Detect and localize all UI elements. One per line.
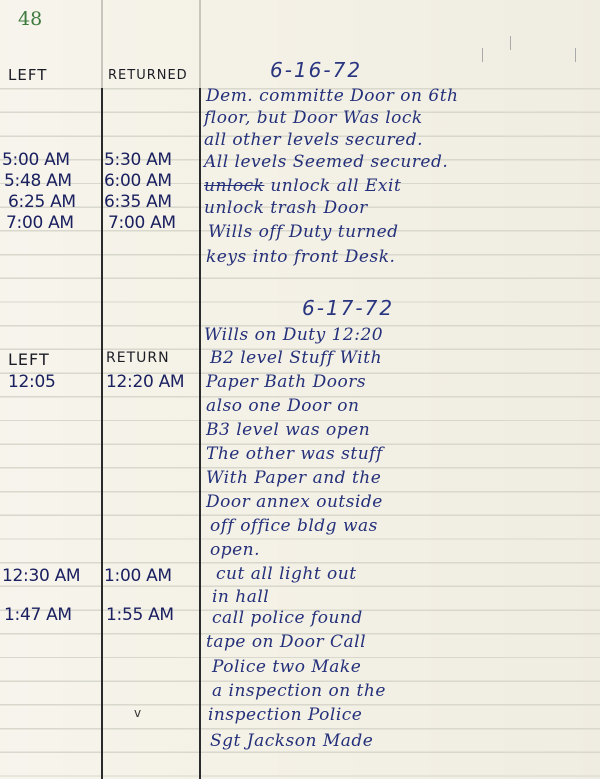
note-line: open. <box>210 540 260 560</box>
time-returned: 1:55 AM <box>106 605 174 625</box>
note-line: floor, but Door Was lock <box>204 108 423 128</box>
time-returned: 7:00 AM <box>108 213 176 233</box>
note-line: Wills off Duty turned <box>208 222 399 242</box>
time-returned: 6:00 AM <box>104 171 172 191</box>
time-left: 12:05 <box>8 372 56 392</box>
margin-mark: v <box>134 706 142 720</box>
paper-mark <box>575 48 576 62</box>
note-line: cut all light out <box>216 564 357 584</box>
entry-date: 6-16-72 <box>270 58 362 82</box>
note-line: inspection Police <box>208 705 362 725</box>
note-line: B2 level Stuff With <box>210 348 382 368</box>
entry-date: 6-17-72 <box>302 296 394 320</box>
time-left: 5:48 AM <box>4 171 72 191</box>
note-line: keys into front Desk. <box>206 247 395 267</box>
note-text: unlock all Exit <box>270 176 401 196</box>
paper-mark <box>510 36 511 50</box>
note-line: Wills on Duty 12:20 <box>204 325 383 345</box>
note-line: B3 level was open <box>206 420 370 440</box>
time-returned: 6:35 AM <box>104 192 172 212</box>
paper-mark <box>482 48 483 62</box>
header-left: LEFT <box>8 66 47 84</box>
page-number: 48 <box>18 8 42 30</box>
note-line: Sgt Jackson Made <box>210 731 373 751</box>
note-line: Police two Make <box>212 657 361 677</box>
note-line: Dem. committe Door on 6th <box>206 86 459 106</box>
note-line: tape on Door Call <box>206 632 366 652</box>
note-line: off office bldg was <box>210 516 378 536</box>
note-line: a inspection on the <box>212 681 386 701</box>
time-left: 1:47 AM <box>4 605 72 625</box>
time-left: 7:00 AM <box>6 213 74 233</box>
note-line: unlock trash Door <box>204 198 368 218</box>
time-returned: 12:20 AM <box>106 372 184 392</box>
note-line: Door annex outside <box>206 492 383 512</box>
note-line: in hall <box>212 587 269 607</box>
column-divider-right <box>199 88 201 779</box>
note-line: also one Door on <box>206 396 359 416</box>
header-returned: RETURNED <box>108 68 188 83</box>
note-line-with-strike: unlock unlock all Exit <box>204 176 401 196</box>
logbook-page: 48 LEFT RETURNED 6-16-72 5:00 AM 5:30 AM… <box>0 0 600 779</box>
subheader-left: LEFT <box>8 350 50 369</box>
time-left: 12:30 AM <box>2 566 80 586</box>
struck-word: unlock <box>204 176 264 196</box>
note-line: The other was stuff <box>206 444 383 464</box>
column-divider-left <box>101 88 103 779</box>
time-left: 5:00 AM <box>2 150 70 170</box>
time-returned: 5:30 AM <box>104 150 172 170</box>
note-line: Paper Bath Doors <box>206 372 366 392</box>
note-line: With Paper and the <box>206 468 381 488</box>
note-line: call police found <box>212 608 363 628</box>
note-line: all other levels secured. <box>204 130 423 150</box>
time-returned: 1:00 AM <box>104 566 172 586</box>
subheader-returned: RETURN <box>106 350 170 366</box>
note-line: All levels Seemed secured. <box>204 152 448 172</box>
time-left: 6:25 AM <box>8 192 76 212</box>
